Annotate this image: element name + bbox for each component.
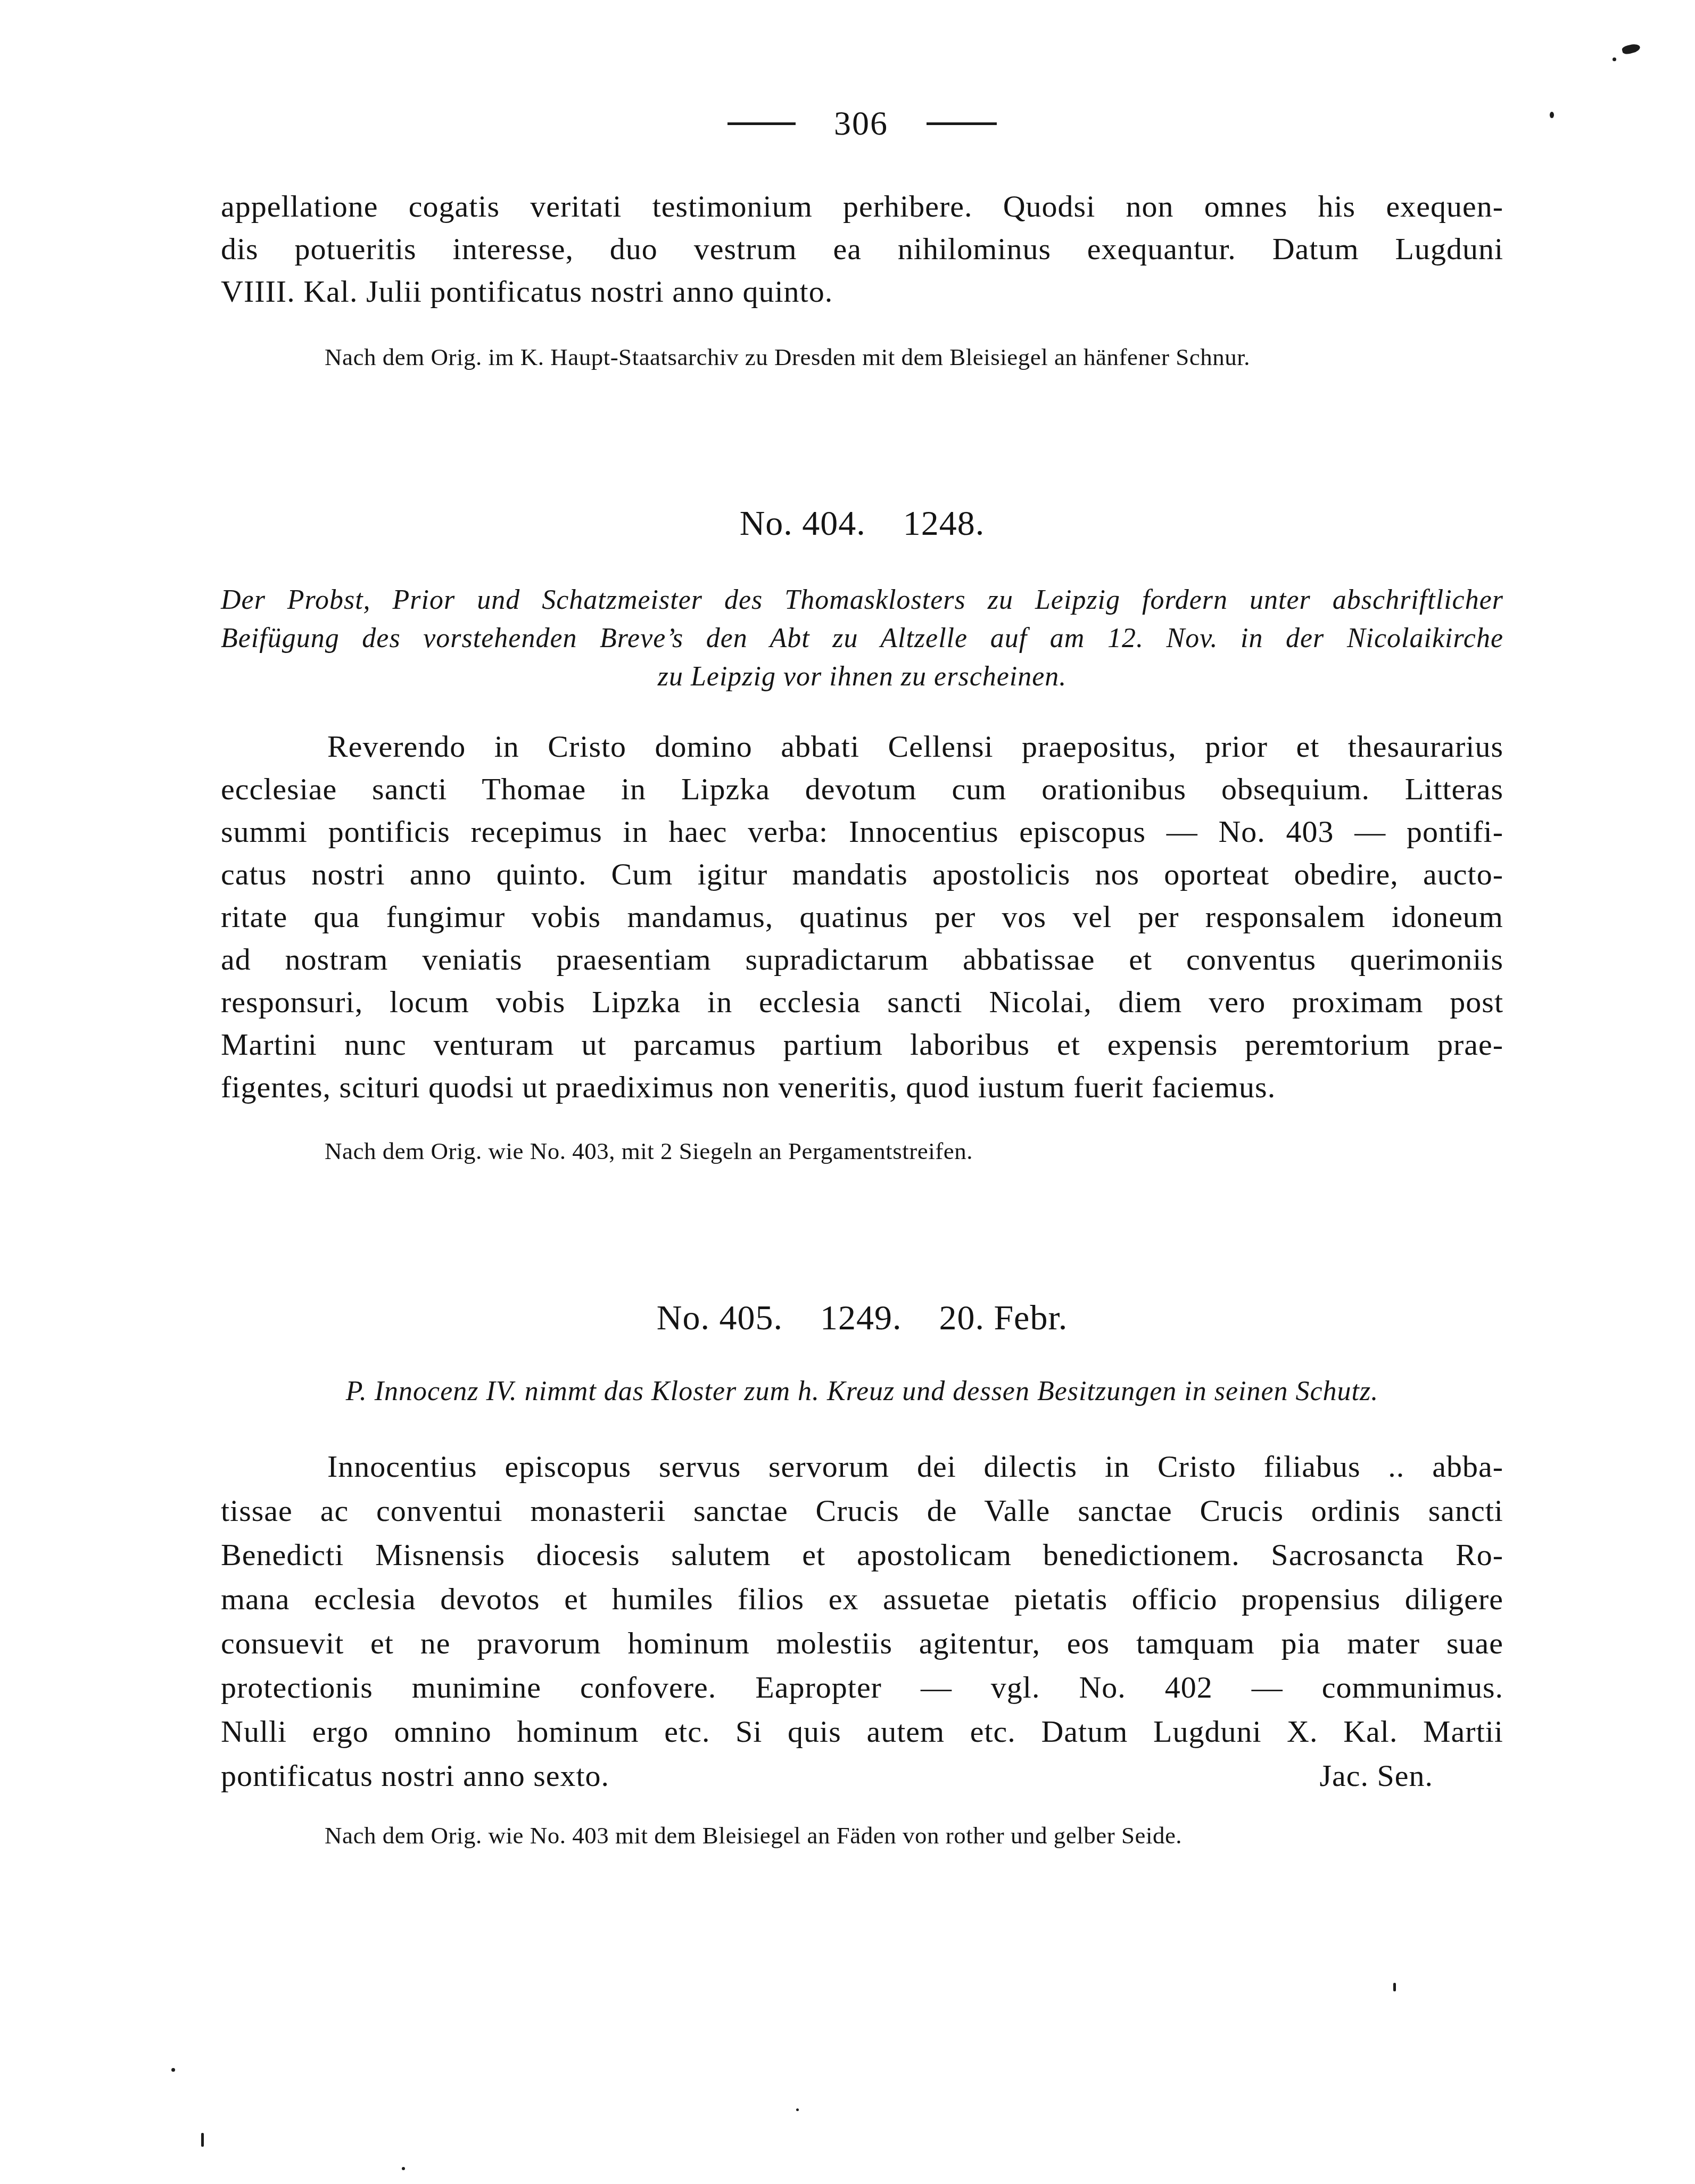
text-line: zu Leipzig vor ihnen zu erscheinen. (221, 658, 1503, 696)
text-line: Nulli ergo omnino hominum etc. Si quis a… (221, 1709, 1503, 1753)
text-line: appellatione cogatis veritati testimoniu… (221, 185, 1503, 228)
continuation-source-note: Nach dem Orig. im K. Haupt-Staatsarchiv … (221, 343, 1503, 371)
text-line: Der Probst, Prior und Schatzmeister des … (221, 581, 1503, 619)
text-line: tissae ac conventui monasterii sanctae C… (221, 1488, 1503, 1533)
signature: Jac. Sen. (1319, 1753, 1433, 1798)
text-line: VIIII. Kal. Julii pontificatus nostri an… (221, 270, 1503, 313)
page-number: 306 (834, 102, 888, 145)
ink-speck (1393, 1983, 1396, 1991)
charter-405-body: Innocentius episcopus servus servorum de… (221, 1444, 1503, 1798)
charter-404-heading: No. 404. 1248. (221, 502, 1503, 545)
text-line: figentes, scituri quodsi ut praediximus … (221, 1066, 1503, 1108)
charter-405-source-note: Nach dem Orig. wie No. 403 mit dem Bleis… (221, 1822, 1503, 1849)
charter-404-body: Reverendo in Cristo domino abbati Cellen… (221, 725, 1503, 1108)
text-line: mana ecclesia devotos et humiles filios … (221, 1577, 1503, 1621)
scanned-page: 306 appellatione cogatis veritati testim… (0, 0, 1695, 2184)
text-line: ad nostram veniatis praesentiam supradic… (221, 938, 1503, 981)
ink-speck (1613, 57, 1616, 61)
charter-404-regest: Der Probst, Prior und Schatzmeister des … (221, 581, 1503, 696)
ink-speck (402, 2167, 405, 2170)
ink-speck (1550, 112, 1554, 118)
ink-speck (796, 2108, 799, 2111)
header-rule-right (927, 122, 997, 125)
charter-404-source-note: Nach dem Orig. wie No. 403, mit 2 Siegel… (221, 1137, 1503, 1165)
ink-speck (1622, 43, 1641, 55)
text-line: Martini nunc venturam ut parcamus partiu… (221, 1023, 1503, 1066)
text-line: ecclesiae sancti Thomae in Lipzka devotu… (221, 768, 1503, 810)
ink-speck (201, 2133, 204, 2147)
text-line: summi pontificis recepimus in haec verba… (221, 810, 1503, 853)
continuation-paragraph: appellatione cogatis veritati testimoniu… (221, 185, 1503, 313)
header-rule-left (727, 122, 796, 125)
text-line-left: pontificatus nostri anno sexto. (221, 1753, 609, 1798)
text-line: pontificatus nostri anno sexto.Jac. Sen. (221, 1753, 1503, 1798)
text-line: dis potueritis interesse, duo vestrum ea… (221, 228, 1503, 270)
text-line: responsuri, locum vobis Lipzka in eccles… (221, 981, 1503, 1023)
text-line: Innocentius episcopus servus servorum de… (221, 1444, 1503, 1488)
page-number-header: 306 (221, 102, 1503, 145)
text-line: Reverendo in Cristo domino abbati Cellen… (221, 725, 1503, 768)
text-line: Benedicti Misnensis diocesis salutem et … (221, 1533, 1503, 1577)
ink-speck (171, 2068, 175, 2072)
text-line: protectionis munimine confovere. Eapropt… (221, 1665, 1503, 1709)
text-line: ritate qua fungimur vobis mandamus, quat… (221, 896, 1503, 938)
charter-405-regest: P. Innocenz IV. nimmt das Kloster zum h.… (221, 1372, 1503, 1411)
text-line: consuevit et ne pravorum hominum molesti… (221, 1621, 1503, 1665)
text-line: P. Innocenz IV. nimmt das Kloster zum h.… (221, 1372, 1503, 1411)
text-line: catus nostri anno quinto. Cum igitur man… (221, 853, 1503, 896)
text-line: Beifügung des vorstehenden Breve’s den A… (221, 619, 1503, 658)
charter-405-heading: No. 405. 1249. 20. Febr. (221, 1297, 1503, 1339)
